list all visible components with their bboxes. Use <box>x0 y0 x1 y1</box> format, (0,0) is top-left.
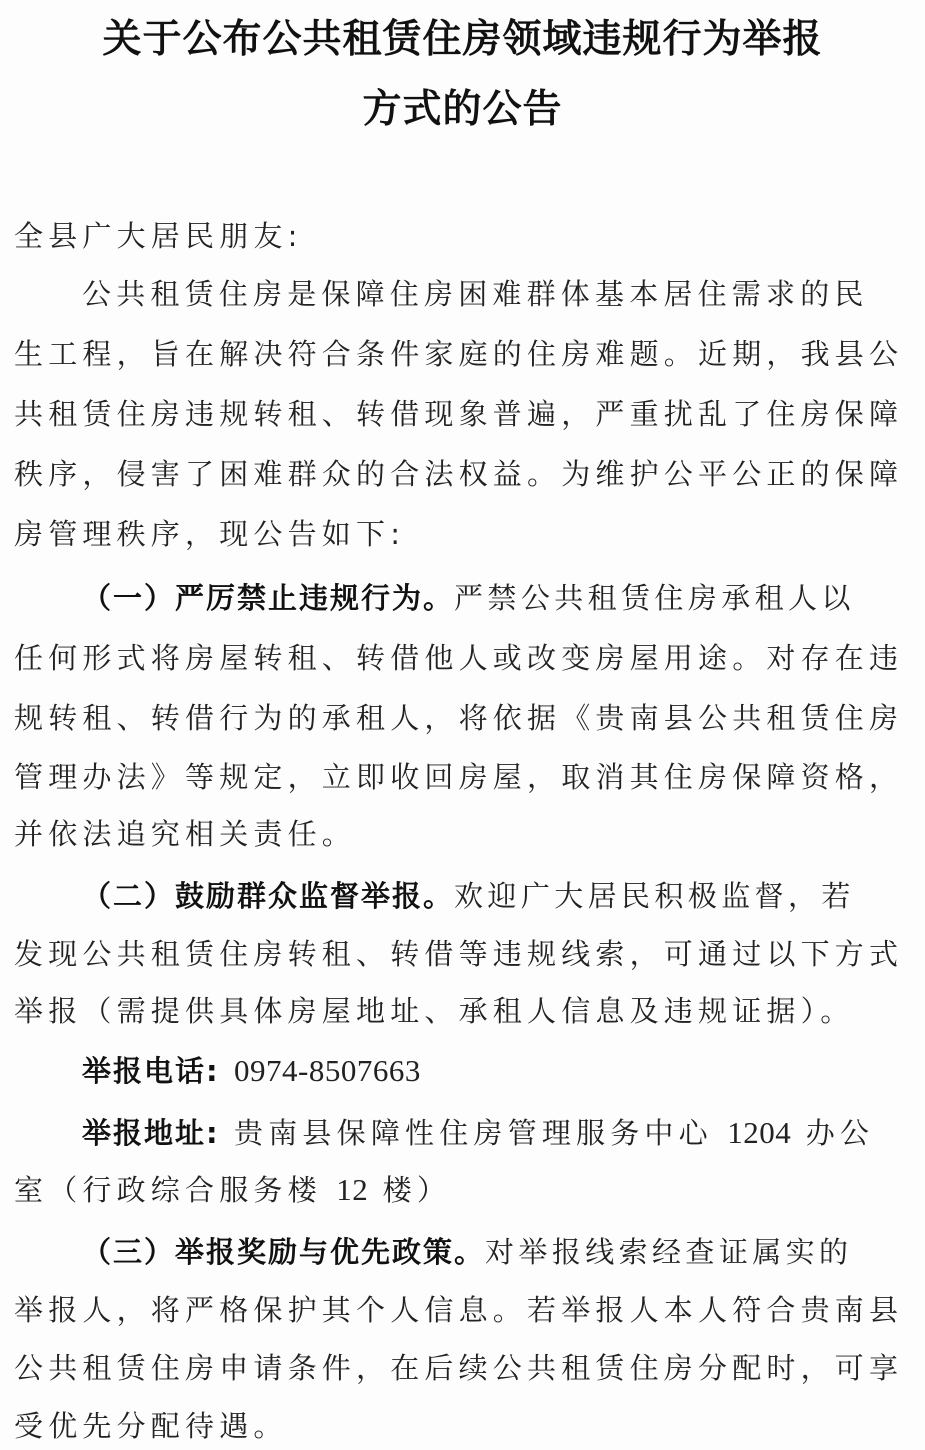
intro-line-2: 生工程，旨在解决符合条件家庭的住房难题。近期，我县公 <box>14 334 914 374</box>
section-1-first-line: （一）严厉禁止违规行为。严禁公共租赁住房承租人以 <box>82 578 917 618</box>
report-phone-label: 举报电话: <box>82 1054 220 1088</box>
salutation: 全县广大居民朋友: <box>14 216 914 256</box>
document-title-line-2: 方式的公告 <box>0 78 925 134</box>
section-3-first-line-text: 对举报线索经查证属实的 <box>485 1235 852 1269</box>
section-1-line-4: 管理办法》等规定，立即收回房屋，取消其住房保障资格， <box>14 757 914 797</box>
section-2-heading: （二）鼓励群众监督举报。 <box>82 879 454 913</box>
intro-line-5: 房管理秩序，现公告如下: <box>14 514 914 554</box>
section-1-first-line-text: 严禁公共租赁住房承租人以 <box>454 581 855 615</box>
section-1-heading: （一）严厉禁止违规行为。 <box>82 581 454 615</box>
section-3-line-2: 举报人，将严格保护其个人信息。若举报人本人符合贵南县 <box>14 1290 914 1330</box>
section-2-first-line-text: 欢迎广大居民积极监督，若 <box>454 879 855 913</box>
section-2-line-2: 发现公共租赁住房转租、转借等违规线索，可通过以下方式 <box>14 934 914 974</box>
report-address-line-2: 室（行政综合服务楼 12 楼） <box>14 1170 914 1210</box>
section-3-heading: （三）举报奖励与优先政策。 <box>82 1235 485 1269</box>
section-3-line-3: 公共租赁住房申请条件，在后续公共租赁住房分配时，可享 <box>14 1348 914 1388</box>
report-address-text-1: 贵南县保障性住房管理服务中心 <box>234 1116 713 1150</box>
section-1-line-5: 并依法追究相关责任。 <box>14 814 914 854</box>
report-address-text-3: 室（行政综合服务楼 <box>14 1173 322 1207</box>
intro-line-4: 秩序，侵害了困难群众的合法权益。为维护公平公正的保障 <box>14 454 914 494</box>
section-1-line-3: 规转租、转借行为的承租人，将依据《贵南县公共租赁住房 <box>14 698 914 738</box>
intro-line-3: 共租赁住房违规转租、转借现象普遍，严重扰乱了住房保障 <box>14 394 914 434</box>
section-2-line-3: 举报（需提供具体房屋地址、承租人信息及违规证据）。 <box>14 991 914 1031</box>
section-2-first-line: （二）鼓励群众监督举报。欢迎广大居民积极监督，若 <box>82 876 917 916</box>
notice-document: 关于公布公共租赁住房领域违规行为举报 方式的公告 全县广大居民朋友: 公共租赁住… <box>0 0 925 1450</box>
intro-line-1: 公共租赁住房是保障住房困难群体基本居住需求的民 <box>82 274 917 314</box>
report-phone-line: 举报电话: 0974-8507663 <box>82 1051 917 1091</box>
report-address-room: 1204 <box>727 1115 791 1150</box>
report-phone-number: 0974-8507663 <box>234 1053 421 1088</box>
report-address-text-4: 楼） <box>383 1173 451 1207</box>
section-3-line-4: 受优先分配待遇。 <box>14 1406 914 1446</box>
report-address-text-2: 办公 <box>806 1116 874 1150</box>
document-title-line-1: 关于公布公共租赁住房领域违规行为举报 <box>0 8 925 64</box>
section-1-line-2: 任何形式将房屋转租、转借他人或改变房屋用途。对存在违 <box>14 638 914 678</box>
report-address-floor: 12 <box>336 1172 368 1207</box>
report-address-line-1: 举报地址: 贵南县保障性住房管理服务中心 1204 办公 <box>82 1113 917 1153</box>
section-3-first-line: （三）举报奖励与优先政策。对举报线索经查证属实的 <box>82 1232 917 1272</box>
report-address-label: 举报地址: <box>82 1116 220 1150</box>
